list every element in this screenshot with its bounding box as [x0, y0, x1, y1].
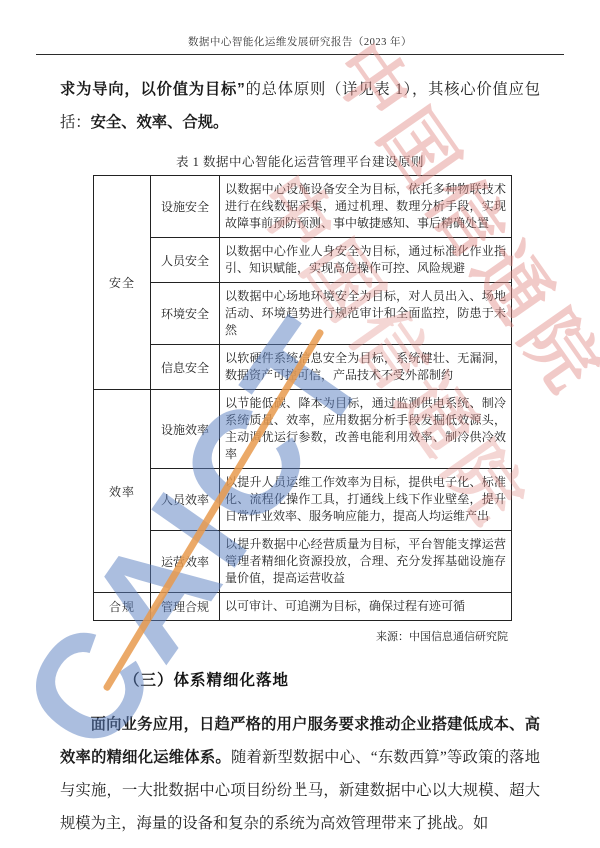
page-header: 数据中心智能化运维发展研究报告（2023 年） — [36, 34, 564, 55]
table-row: 合规管理合规以可审计、可追溯为目标，确保过程有迹可循 — [94, 593, 512, 621]
category-cell: 效率 — [94, 390, 151, 593]
subcategory-cell: 信息安全 — [151, 345, 220, 390]
description-cell: 以软硬件系统信息安全为目标，系统健壮、无漏洞，数据资产可控可信，产品技术不受外部… — [220, 345, 512, 390]
page-number: 14 — [0, 780, 600, 792]
report-title: 数据中心智能化运维发展研究报告（2023 年） — [188, 37, 412, 48]
table-row: 效率设施效率以节能低碳、降本为目标，通过监测供电系统、制冷系统质量、效率，应用数… — [94, 390, 512, 469]
body-paragraph: 面向业务应用，日趋严格的用户服务要求推动企业搭建低成本、高效率的精细化运维体系。… — [60, 708, 540, 840]
intro-paragraph: 求为导向，以价值为目标”的总体原则（详见表 1），其核心价值应包括：安全、效率、… — [60, 73, 540, 139]
description-cell: 以可审计、可追溯为目标，确保过程有迹可循 — [220, 593, 512, 621]
subcategory-cell: 人员效率 — [151, 469, 220, 531]
table-row: 环境安全以数据中心场地环境安全为目标，对人员出入、场地活动、环境趋势进行规范审计… — [94, 283, 512, 345]
table-row: 信息安全以软硬件系统信息安全为目标，系统健壮、无漏洞，数据资产可控可信，产品技术… — [94, 345, 512, 390]
principles-table: 安全设施安全以数据中心设施设备安全为目标，依托多种物联技术进行在线数据采集，通过… — [93, 175, 512, 621]
table-row: 运营效率以提升数据中心经营质量为目标，平台智能支撑运营管理者精细化资源投放，合理… — [94, 531, 512, 593]
description-cell: 以数据中心设施设备安全为目标，依托多种物联技术进行在线数据采集，通过机理、数理分… — [220, 176, 512, 238]
subcategory-cell: 环境安全 — [151, 283, 220, 345]
table-row: 人员效率以提升人员运维工作效率为目标，提供电子化、标准化、流程化操作工具，打通线… — [94, 469, 512, 531]
document-page: 数据中心智能化运维发展研究报告（2023 年） 求为导向，以价值为目标”的总体原… — [0, 0, 600, 848]
text-segment: 安全、效率、合规。 — [91, 114, 229, 131]
section-heading: （三）体系精细化落地 — [60, 668, 540, 690]
category-cell: 合规 — [94, 593, 151, 621]
table-source: 来源：中国信息通信研究院 — [0, 628, 508, 644]
subcategory-cell: 人员安全 — [151, 238, 220, 283]
table-row: 人员安全以数据中心作业人身安全为目标，通过标准化作业指引、知识赋能，实现高危操作… — [94, 238, 512, 283]
principles-table-body: 安全设施安全以数据中心设施设备安全为目标，依托多种物联技术进行在线数据采集，通过… — [94, 176, 512, 621]
description-cell: 以数据中心作业人身安全为目标，通过标准化作业指引、知识赋能，实现高危操作可控、风… — [220, 238, 512, 283]
table-row: 安全设施安全以数据中心设施设备安全为目标，依托多种物联技术进行在线数据采集，通过… — [94, 176, 512, 238]
subcategory-cell: 设施安全 — [151, 176, 220, 238]
subcategory-cell: 管理合规 — [151, 593, 220, 621]
text-segment: 求为导向，以价值为目标” — [60, 81, 245, 98]
category-cell: 安全 — [94, 176, 151, 390]
description-cell: 以数据中心场地环境安全为目标，对人员出入、场地活动、环境趋势进行规范审计和全面监… — [220, 283, 512, 345]
description-cell: 以提升数据中心经营质量为目标，平台智能支撑运营管理者精细化资源投放，合理、充分发… — [220, 531, 512, 593]
table-caption: 表 1 数据中心智能化运营管理平台建设原则 — [0, 152, 600, 170]
description-cell: 以提升人员运维工作效率为目标，提供电子化、标准化、流程化操作工具，打通线上线下作… — [220, 469, 512, 531]
subcategory-cell: 运营效率 — [151, 531, 220, 593]
description-cell: 以节能低碳、降本为目标，通过监测供电系统、制冷系统质量、效率，应用数据分析手段发… — [220, 390, 512, 469]
subcategory-cell: 设施效率 — [151, 390, 220, 469]
